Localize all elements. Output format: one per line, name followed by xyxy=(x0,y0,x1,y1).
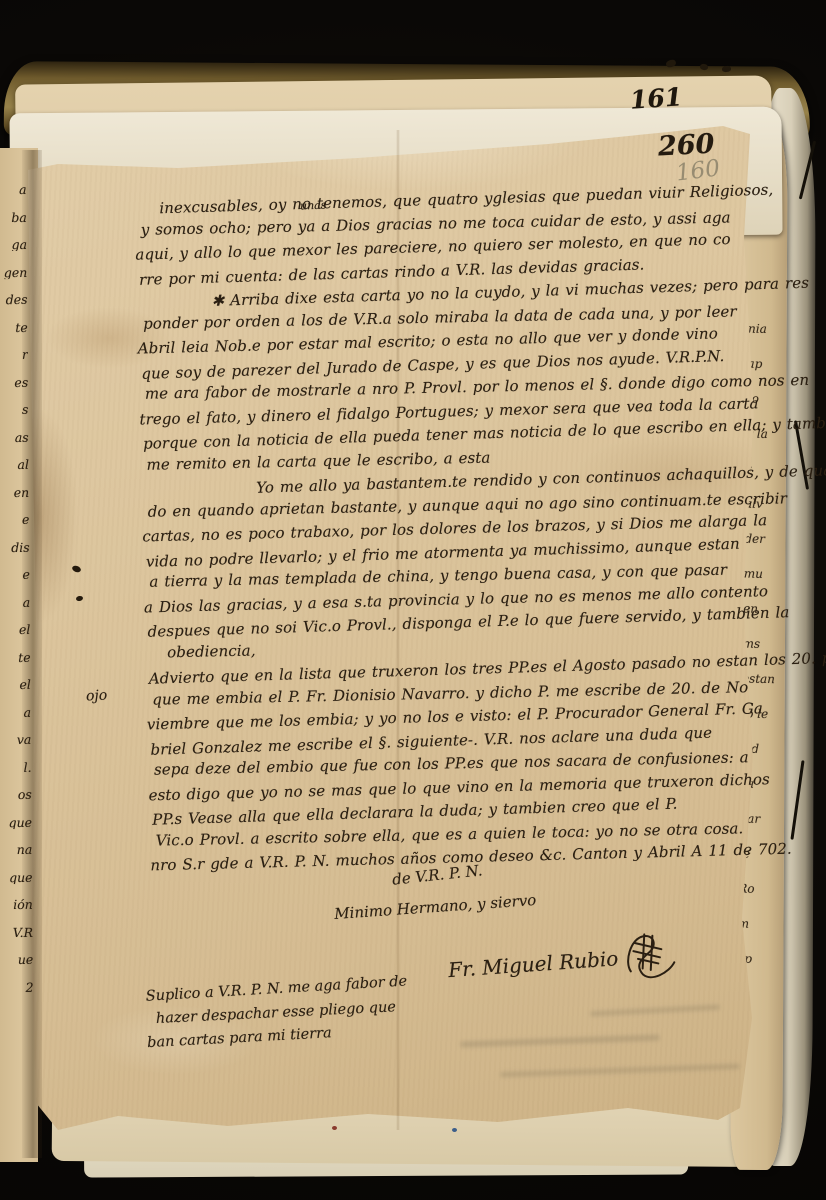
folio-number-161: 161 xyxy=(629,82,683,115)
letter-paragraph-2: ✱ Arriba dixe esta carta yo no la cuydo,… xyxy=(138,275,770,478)
letter-body: inexcusables, oy no tenemos, que quatro … xyxy=(136,181,780,878)
gutter-fold-shadow xyxy=(22,150,42,1158)
marginal-note-ojo: ojo xyxy=(86,687,108,704)
signature-name: Fr. Miguel Rubio xyxy=(447,946,619,982)
manuscript-scan: 161 260 160 unas ojo inexcusables, oy no… xyxy=(0,0,826,1200)
text-fragment: m xyxy=(738,917,790,932)
color-speck xyxy=(332,1126,337,1130)
color-speck xyxy=(452,1128,457,1132)
postscript: Suplico a V.R. P. N. me aga fabor dehaze… xyxy=(144,968,409,1052)
letter-paragraph-4: Advierto que en la lista que truxeron lo… xyxy=(147,651,780,878)
signature-rubric-flourish xyxy=(620,928,681,984)
text-fragment: Ro xyxy=(738,882,790,897)
letter-paragraph-1: inexcusables, oy no tenemos, que quatro … xyxy=(136,181,766,290)
letter-paragraph-3: Yo me allo ya bastantem.te rendido y con… xyxy=(143,463,775,666)
